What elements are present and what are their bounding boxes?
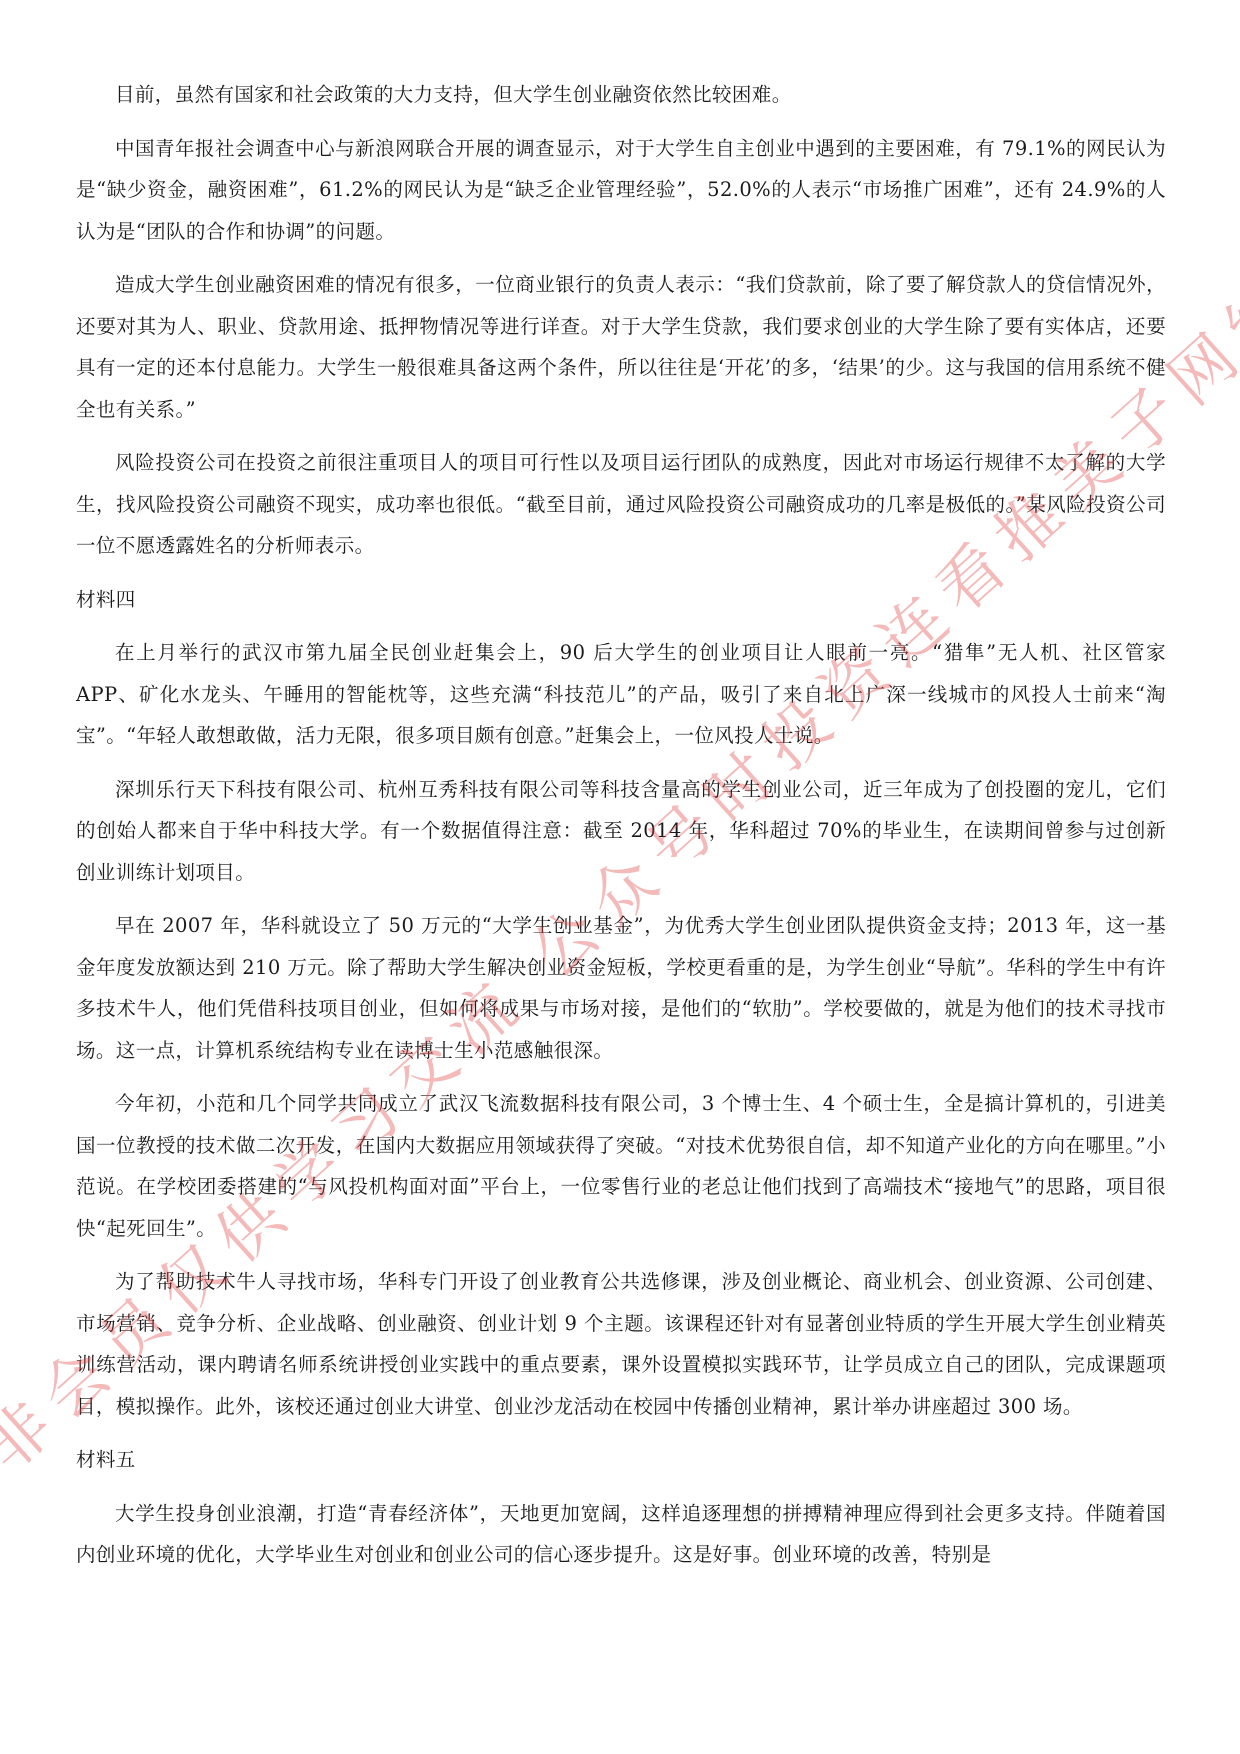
- section-heading-material-4: 材料四: [76, 579, 1166, 621]
- document-page: 目前，虽然有国家和社会政策的大力支持，但大学生创业融资依然比较困难。 中国青年报…: [0, 0, 1240, 1754]
- paragraph: 大学生投身创业浪潮，打造“青春经济体”，天地更加宽阔，这样追逐理想的拼搏精神理应…: [76, 1493, 1166, 1576]
- paragraph: 为了帮助技术牛人寻找市场，华科专门开设了创业教育公共选修课，涉及创业概论、商业机…: [76, 1261, 1166, 1427]
- paragraph: 今年初，小范和几个同学共同成立了武汉飞流数据科技有限公司，3 个博士生、4 个硕…: [76, 1083, 1166, 1249]
- paragraph: 风险投资公司在投资之前很注重项目人的项目可行性以及项目运行团队的成熟度，因此对市…: [76, 442, 1166, 567]
- paragraph: 早在 2007 年，华科就设立了 50 万元的“大学生创业基金”，为优秀大学生创…: [76, 905, 1166, 1071]
- paragraph: 中国青年报社会调查中心与新浪网联合开展的调查显示，对于大学生自主创业中遇到的主要…: [76, 128, 1166, 253]
- paragraph: 在上月举行的武汉市第九届全民创业赶集会上，90 后大学生的创业项目让人眼前一亮。…: [76, 632, 1166, 757]
- paragraph: 造成大学生创业融资困难的情况有很多，一位商业银行的负责人表示：“我们贷款前，除了…: [76, 264, 1166, 430]
- document-body: 目前，虽然有国家和社会政策的大力支持，但大学生创业融资依然比较困难。 中国青年报…: [76, 74, 1166, 1588]
- paragraph: 目前，虽然有国家和社会政策的大力支持，但大学生创业融资依然比较困难。: [76, 74, 1166, 116]
- section-heading-material-5: 材料五: [76, 1439, 1166, 1481]
- paragraph: 深圳乐行天下科技有限公司、杭州互秀科技有限公司等科技含量高的学生创业公司，近三年…: [76, 769, 1166, 894]
